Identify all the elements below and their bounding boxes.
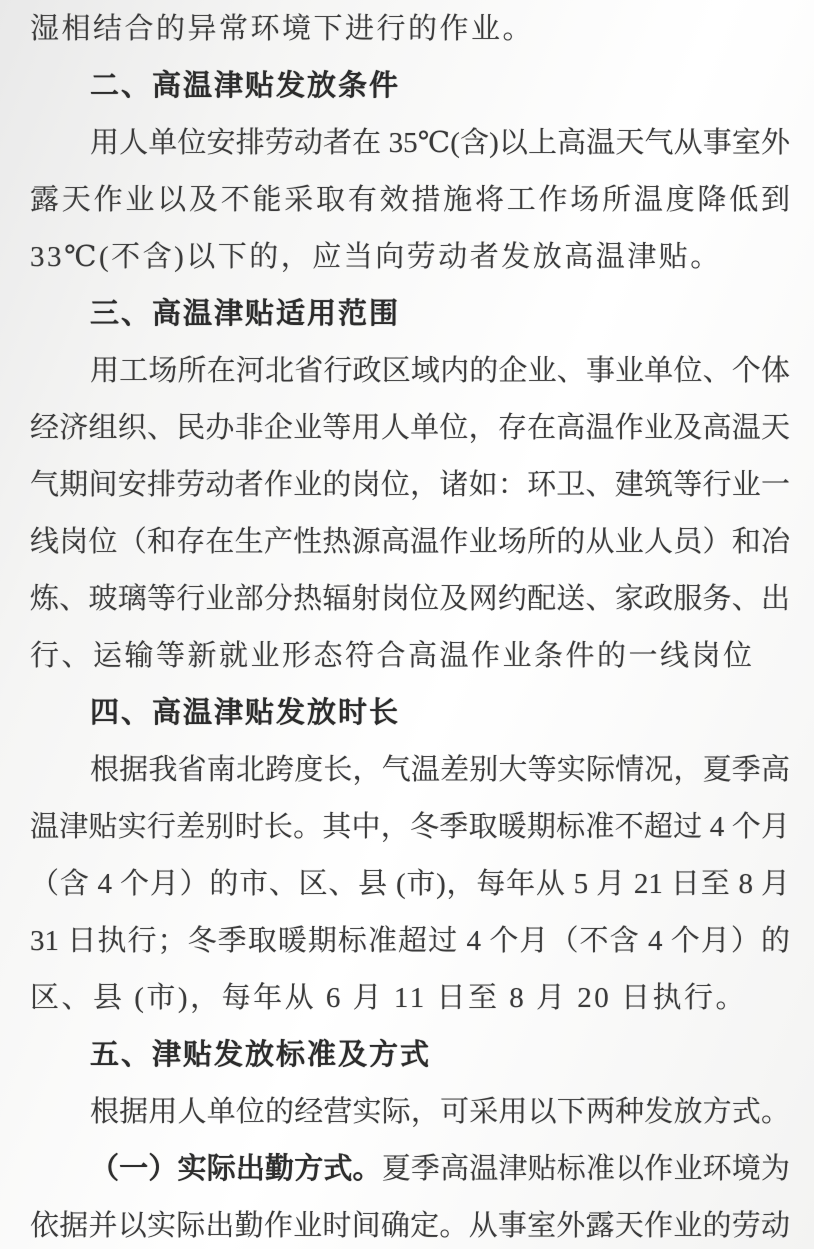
doc-line: 用人单位安排劳动者在 35℃(含)以上高温天气从事室外: [30, 115, 790, 172]
doc-line: 露天作业以及不能采取有效措施将工作场所温度降低到: [30, 172, 790, 229]
doc-line: 33℃(不含)以下的，应当向劳动者发放高温津贴。: [30, 229, 790, 286]
doc-line: 炼、玻璃等行业部分热辐射岗位及网约配送、家政服务、出: [30, 571, 790, 628]
doc-line: （含 4 个月）的市、区、县 (市)，每年从 5 月 21 日至 8 月: [30, 856, 790, 913]
doc-line: 温津贴实行差别时长。其中，冬季取暖期标准不超过 4 个月: [30, 799, 790, 856]
doc-line: 湿相结合的异常环境下进行的作业。: [30, 1, 790, 58]
doc-line: 经济组织、民办非企业等用人单位，存在高温作业及高温天: [30, 400, 790, 457]
doc-line-mixed: （一）实际出勤方式。夏季高温津贴标准以作业环境为: [30, 1141, 790, 1198]
subsection-title-run: （一）实际出勤方式。: [90, 1153, 382, 1185]
section-heading-5: 五、津贴发放标准及方式: [30, 1027, 790, 1084]
document-page: 湿相结合的异常环境下进行的作业。 二、高温津贴发放条件 用人单位安排劳动者在 3…: [0, 0, 814, 1249]
doc-line: 气期间安排劳动者作业的岗位，诸如：环卫、建筑等行业一: [30, 457, 790, 514]
section-heading-4: 四、高温津贴发放时长: [30, 685, 790, 742]
doc-line: 依据并以实际出勤作业时间确定。从事室外露天作业的劳动: [30, 1198, 790, 1249]
doc-line: 线岗位（和存在生产性热源高温作业场所的从业人员）和冶: [30, 514, 790, 571]
body-text-run: 夏季高温津贴标准以作业环境为: [382, 1153, 790, 1185]
doc-line: 行、运输等新就业形态符合高温作业条件的一线岗位等。: [30, 628, 790, 685]
doc-line: 区、县 (市)，每年从 6 月 11 日至 8 月 20 日执行。: [30, 970, 790, 1027]
doc-line: 根据用人单位的经营实际，可采用以下两种发放方式。: [30, 1084, 790, 1141]
section-heading-3: 三、高温津贴适用范围: [30, 286, 790, 343]
doc-line: 用工场所在河北省行政区域内的企业、事业单位、个体: [30, 343, 790, 400]
doc-line: 根据我省南北跨度长，气温差别大等实际情况，夏季高: [30, 742, 790, 799]
doc-line: 31 日执行；冬季取暖期标准超过 4 个月（不含 4 个月）的市、: [30, 913, 790, 970]
section-heading-2: 二、高温津贴发放条件: [30, 58, 790, 115]
